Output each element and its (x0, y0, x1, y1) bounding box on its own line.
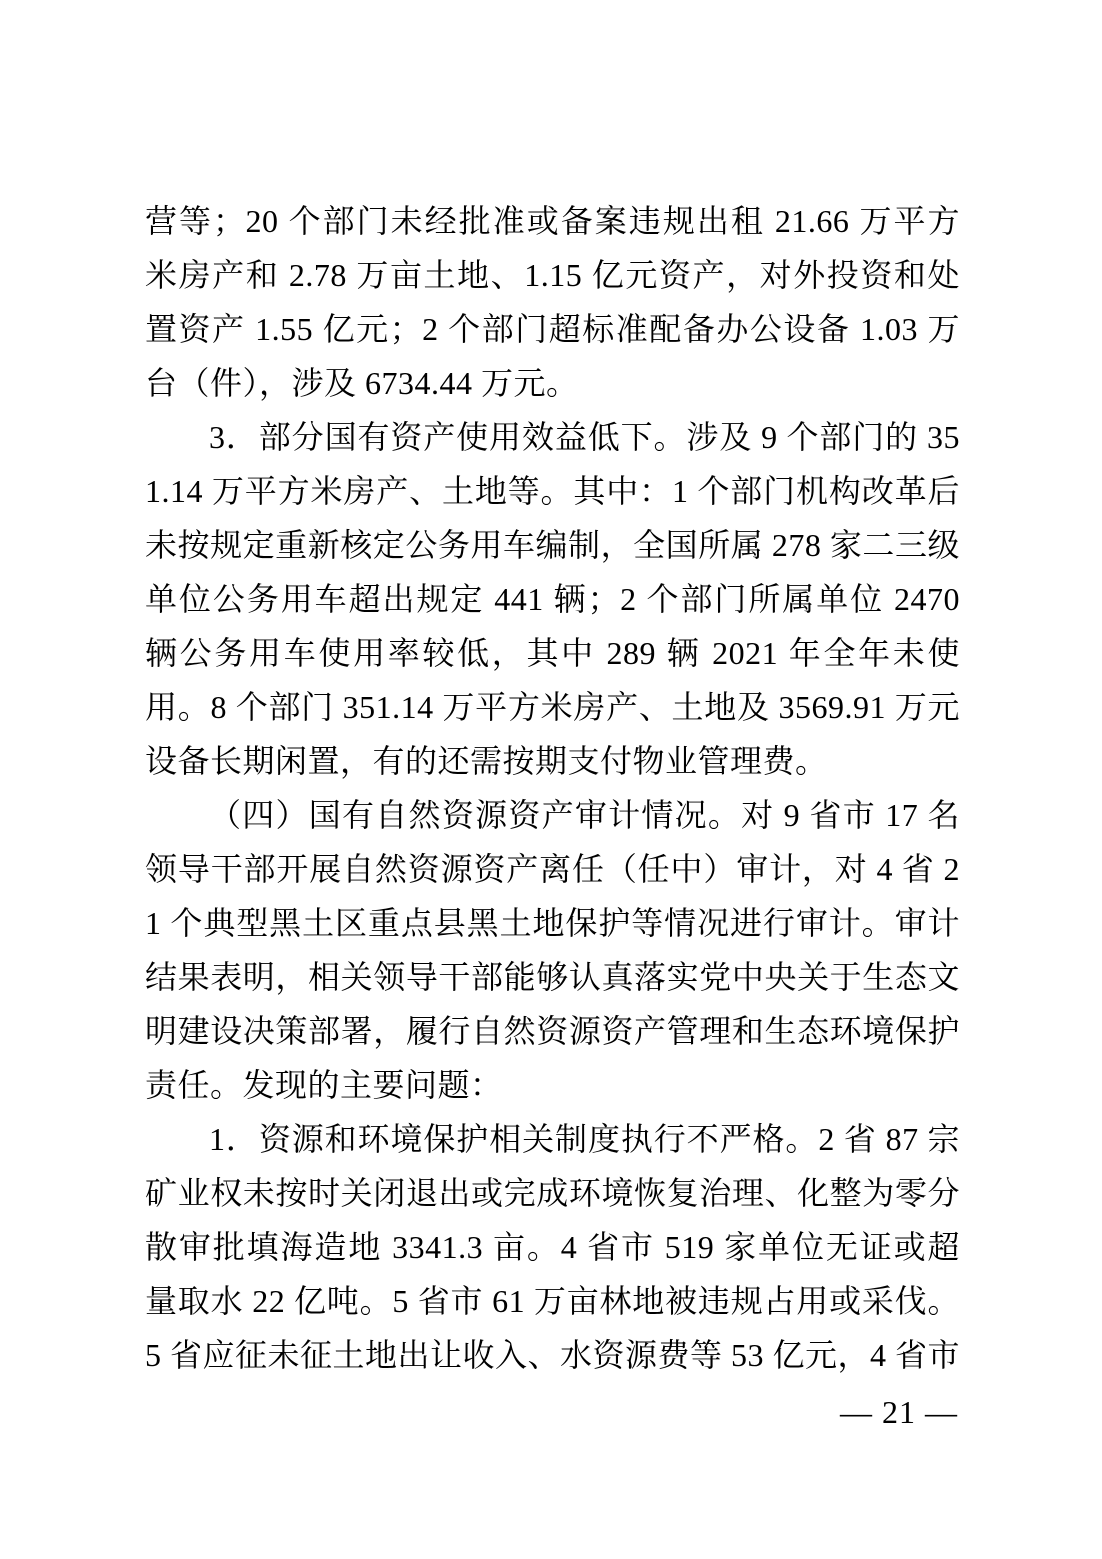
document-body: 营等；20 个部门未经批准或备案违规出租 21.66 万平方米房产和 2.78 … (145, 194, 960, 1384)
paragraph-continuation: 营等；20 个部门未经批准或备案违规出租 21.66 万平方米房产和 2.78 … (145, 194, 960, 410)
body-text: 营等；20 个部门未经批准或备案违规出租 21.66 万平方米房产和 2.78 … (145, 203, 960, 401)
page-footer: — 21 — (840, 1394, 958, 1430)
emphasis-heading: 1．资源和环境保护相关制度执行不严格。 (209, 1121, 818, 1157)
body-text: 2 省 87 宗矿业权未按时关闭退出或完成环境恢复治理、化整为零分散审批填海造地… (145, 1121, 960, 1384)
body-text: 对 9 省市 17 名领导干部开展自然资源资产离任（任中）审计，对 4 省 21… (145, 797, 960, 1103)
paragraph-section-4: （四）国有自然资源资产审计情况。对 9 省市 17 名领导干部开展自然资源资产离… (145, 788, 960, 1112)
emphasis-heading: （四）国有自然资源资产审计情况。 (209, 797, 741, 833)
paragraph-item-3: 3．部分国有资产使用效益低下。涉及 9 个部门的 351.14 万平方米房产、土… (145, 410, 960, 788)
body-text: 涉及 9 个部门的 351.14 万平方米房产、土地等。其中：1 个部门机构改革… (145, 419, 960, 779)
page-number: — 21 — (840, 1394, 958, 1430)
emphasis-heading: 3．部分国有资产使用效益低下。 (209, 419, 686, 455)
document-page: 营等；20 个部门未经批准或备案违规出租 21.66 万平方米房产和 2.78 … (0, 0, 1102, 1559)
paragraph-item-1: 1．资源和环境保护相关制度执行不严格。2 省 87 宗矿业权未按时关闭退出或完成… (145, 1112, 960, 1384)
